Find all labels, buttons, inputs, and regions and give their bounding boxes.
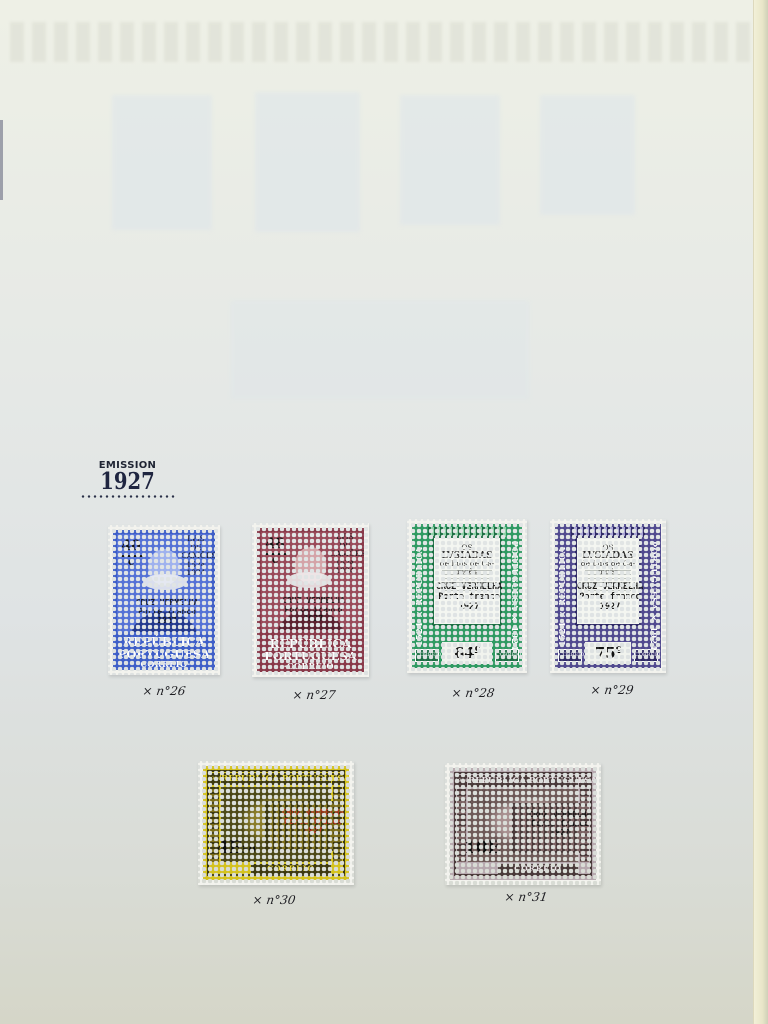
value-number: 40 [121,538,140,554]
overprint-line: CRUZ VERMELHA [573,582,647,592]
overprint-line: 1927 [123,616,211,625]
legend-line: LVIS DE [330,533,360,550]
stamp-design: 40cLVIS DECAMÕES15241924CRUZ VERMELHAPor… [113,530,215,670]
stamp[interactable]: 48cLVIS DECAMÕES15241924CRUZ VERMELHAPor… [252,523,369,677]
overprint-line: Porte franco [273,817,349,826]
stamp-perforation: 1524 ✕ REPUBLICAPORTUGUESA ✕ 1924OSLVSIA… [550,519,666,673]
value-number: 75 [595,644,616,662]
book-title-page: OSLVSIADASde Luis de Ca-moês [575,536,641,626]
stamp-design: 1524 ✕ REPUBLICAPORTUGUESA ✕ 1924OSLVSIA… [555,524,661,668]
value-fraction: 50 [242,845,256,856]
portrait-legend: LVIS DECAMÕES15241924 [330,533,360,576]
corner-year: 1924 [455,775,467,787]
country-banner: REPÚBLICAPORTUGUESA·CORREIO· [257,636,364,672]
denomination: 4E50 [217,839,256,860]
overprint-line: 1927 [267,614,360,623]
overprint-text: CRUZ VERMELHAPorte franco1927 [573,582,647,612]
overprint-line: 1927 [273,826,349,835]
portrait-ruff-collar [287,572,331,588]
catalog-number-label: × n°29 [571,683,653,697]
catalog-number-label: × n°28 [432,686,514,700]
stamp-design: 19241924REPUBLICA·PORTUGUESATÚMULO DE LU… [203,766,349,880]
stamp-perforation: 40cLVIS DECAMÕES15241924CRUZ VERMELHAPor… [108,525,220,675]
denomination: 75c [555,644,661,662]
value-number: 48 [265,536,284,552]
denomination: 40c [119,539,143,568]
stamp-design: 48cLVIS DECAMÕES15241924CRUZ VERMELHAPor… [257,528,364,672]
dotted-underline [80,495,175,498]
scene-caption: TÚMULO DE LUIS DE CAMÕES [470,791,504,806]
corner-year: 1924 [208,773,220,785]
legend-line: 1924 [181,569,211,578]
banner-line: REPÚBLICA [257,636,364,650]
overprint-line: CRUZ VERMELHA [520,810,596,819]
ghost-stamp-outline [540,95,635,215]
stamp-design: 19241924REPUBLICA·PORTUGUESATÚMULO DE LU… [450,768,596,880]
overprint-line: 1927 [520,828,596,837]
overprint-line: CRUZ VERMELHA [123,598,211,607]
side-inscription-left: 1524 ✕ REPUBLICA [556,530,568,662]
value-unit: c [263,553,287,566]
country-header: REPUBLICA·PORTUGUESA [468,775,578,787]
overprint-line: Porte franco [430,592,508,602]
stamp[interactable]: 19241924REPUBLICA·PORTUGUESATÚMULO DE LU… [198,761,354,885]
ghost-stamp-outline [255,92,360,232]
ghost-stamp-outline [400,95,500,225]
overprint-line: Porte franco [123,607,211,616]
side-inscription-right: PORTUGUESA ✕ 1924 [648,530,660,662]
catalog-number-label: × n°27 [273,688,355,702]
value-number: 64 [454,644,475,662]
country-header: REPUBLICA·PORTUGUESA [221,773,331,785]
denomination: 10E [464,839,501,860]
reverse-side-showthrough-header [10,22,750,62]
overprint-text: CRUZ VERMELHAPorte franco1927 [273,808,349,835]
catalog-number-label: × n°30 [233,893,315,907]
overprint-line: Porte franco [573,592,647,602]
stamp-perforation: 1524 ✕ REPUBLICAPORTUGUESA ✕ 1924OSLVSIA… [407,519,527,673]
correio-footer: CORREIO [498,864,578,874]
banner-line: REPÚBLICA [113,634,215,648]
portrait-legend: LVIS DECAMÕES15241924 [181,535,211,578]
overprint-line: CRUZ VERMELHA [430,582,508,592]
ghost-stamp-outline [230,300,530,400]
overprint-text: CRUZ VERMELHAPorte franco1927 [430,582,508,612]
value-unit: c [119,555,143,568]
emission-year: 1927 [87,471,168,493]
banner-line: ·CORREIO· [113,660,215,669]
catalog-number-label: × n°31 [485,890,567,904]
denomination: 64c [412,644,522,662]
overprint-line: Porte franco [520,819,596,828]
stamp-perforation: 19241924REPUBLICA·PORTUGUESATÚMULO DE LU… [198,761,354,885]
side-inscription-right: PORTUGUESA ✕ 1924 [509,530,521,662]
country-banner: REPÚBLICAPORTUGUESA·CORREIO· [113,634,215,670]
overprint-text: CRUZ VERMELHAPorte franco1927 [267,596,360,623]
stamp[interactable]: 1524 ✕ REPUBLICAPORTUGUESA ✕ 1924OSLVSIA… [550,519,666,673]
stamp[interactable]: 19241924REPUBLICA·PORTUGUESATÚMULO DE LU… [445,763,601,885]
binding-mark [0,120,3,200]
overprint-line: 1927 [573,602,647,612]
overprint-text: CRUZ VERMELHAPorte franco1927 [520,810,596,837]
emission-heading: EMISSION 1927 [80,460,175,498]
stamp[interactable]: 1524 ✕ REPUBLICAPORTUGUESA ✕ 1924OSLVSIA… [407,519,527,673]
side-inscription-left: 1524 ✕ REPUBLICA [413,530,425,662]
correio-footer: CORREIO [251,864,331,874]
overprint-line: 1927 [430,602,508,612]
legend-line: 1924 [330,567,360,576]
value-number: 4E [217,838,242,858]
overprint-line: Porte franco [267,605,360,614]
stamp[interactable]: 40cLVIS DECAMÕES15241924CRUZ VERMELHAPor… [108,525,220,675]
stamp-perforation: 19241924REPUBLICA·PORTUGUESATÚMULO DE LU… [445,763,601,885]
denomination: 48c [263,537,287,566]
banner-line: ·CORREIO· [257,662,364,671]
book-title-page: OSLVSIADASde Luis de Ca-moês [432,536,502,626]
overprint-line: CRUZ VERMELHA [267,596,360,605]
value-number: 10E [464,838,501,858]
album-page-edge [753,0,768,1024]
overprint-text: CRUZ VERMELHAPorte franco1927 [123,598,211,625]
overprint-line: CRUZ VERMELHA [273,808,349,817]
catalog-number-label: × n°26 [123,684,205,698]
value-unit: c [475,644,480,654]
legend-line: LVIS DE [181,535,211,552]
scene-caption: TÚMULO DE LUIS DE CAMÕES [223,789,257,804]
stamp-design: 1524 ✕ REPUBLICAPORTUGUESA ✕ 1924OSLVSIA… [412,524,522,668]
stamp-perforation: 48cLVIS DECAMÕES15241924CRUZ VERMELHAPor… [252,523,369,677]
value-unit: c [616,644,621,654]
ghost-stamp-outline [112,95,212,230]
